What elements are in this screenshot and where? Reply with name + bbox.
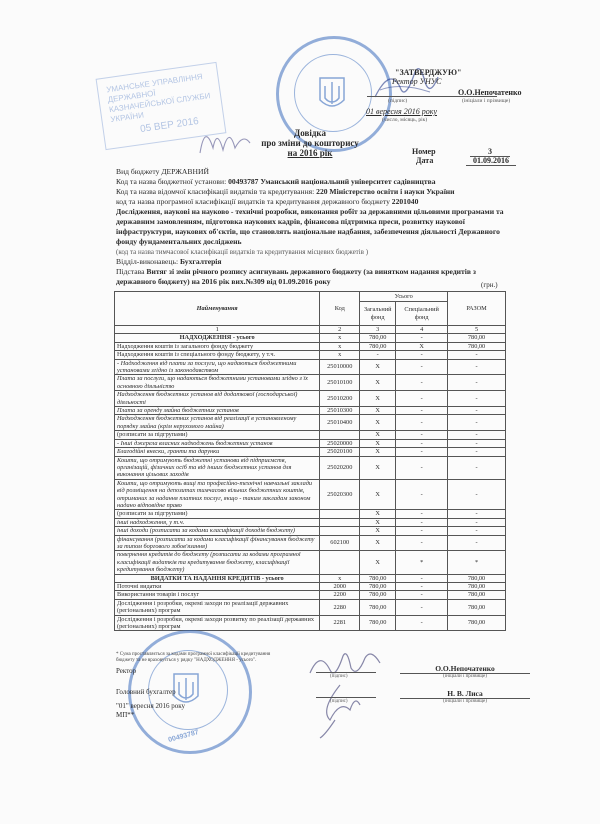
table-row: Кошти, що отримують бюджетні установи ві… [115,456,506,479]
sign-date: "01" вересня 2016 року [116,702,185,710]
row-name: Поточні видатки [115,583,320,591]
row-name: - Інші джерела власних надходжень бюджет… [115,439,320,447]
row-general-fund: Х [360,431,396,439]
row-special-fund: - [396,359,448,375]
approval-position: Ректор УНУС [392,77,441,86]
table-row: Використання товарів і послуг2200780,00-… [115,591,506,599]
title-line-3: на 2016 рік [240,148,380,158]
row-total: 780,00 [448,574,506,582]
column-number: 2 [320,326,360,334]
row-code: 2000 [320,583,360,591]
row-general-fund: Х [360,415,396,431]
row-code: 25010000 [320,359,360,375]
table-row: інші надходження, у т.ч.Х-- [115,518,506,526]
table-row: Плата за оренду майна бюджетних установ2… [115,407,506,415]
footnote: * Сума проставляється за кодами програмн… [116,652,286,664]
accountant-signature-caption: (підпис) [330,699,348,704]
row-name: Надходження бюджетних установ від реаліз… [115,415,320,431]
row-general-fund: 780,00 [360,574,396,582]
row-code: 25010300 [320,407,360,415]
table-row: (розписати за підгрупами)Х-- [115,431,506,439]
table-row: Надходження бюджетних установ від додатк… [115,391,506,407]
row-name: повернення кредитів до бюджету (розписат… [115,551,320,574]
row-total: 780,00 [448,615,506,631]
row-general-fund: Х [360,359,396,375]
table-row: - Надходження від плати за послуги, що н… [115,359,506,375]
seal-place-mark: МП** [116,711,134,719]
column-number: 3 [360,326,396,334]
header-special-fund: Спеціальний фонд [396,302,448,326]
table-body: НАДХОДЖЕННЯ - усьогох780,00-780,00Надход… [115,334,506,631]
column-number: 1 [115,326,320,334]
header-general-fund: Загальний фонд [360,302,396,326]
header-name: Найменування [115,292,320,326]
row-special-fund: - [396,615,448,631]
table-row: Надходження коштів із загального фонду б… [115,342,506,350]
row-special-fund: - [396,431,448,439]
row-total: - [448,431,506,439]
row-total: 780,00 [448,599,506,615]
accountant-name: Н. В. Лиса [400,689,530,699]
table-row: Кошти, що отримують вищі та професійно-т… [115,479,506,510]
accountant-name-caption: (ініціали і прізвище) [400,699,530,704]
number-label: Номер [412,147,436,156]
row-special-fund: - [396,351,448,359]
accountant-signature-line [316,697,376,698]
row-name: фінансування (розписати за кодами класиф… [115,535,320,551]
row-total: - [448,527,506,535]
row-code [320,510,360,518]
table-row: - Інші джерела власних надходжень бюджет… [115,439,506,447]
row-total: - [448,479,506,510]
currency-unit: (грн.) [481,281,498,289]
row-name: Надходження коштів із спеціального фонду… [115,351,320,359]
row-special-fund: - [396,574,448,582]
row-name: НАДХОДЖЕННЯ - усього [115,334,320,342]
row-code [320,527,360,535]
row-special-fund: - [396,334,448,342]
row-code [320,518,360,526]
row-general-fund: 780,00 [360,334,396,342]
table-row: (розписати за підгрупами)Х-- [115,510,506,518]
left-signature [195,118,255,158]
row-name: Використання товарів і послуг [115,591,320,599]
document-title: Довідка про зміни до кошторису на 2016 р… [240,128,380,158]
temp-classification-note: (код та назва тимчасової класифікації ви… [116,247,516,257]
row-general-fund: 780,00 [360,591,396,599]
row-total: - [448,535,506,551]
row-general-fund: Х [360,439,396,447]
trident-emblem-icon [318,76,346,112]
row-general-fund: Х [360,535,396,551]
row-total: - [448,359,506,375]
row-special-fund: * [396,551,448,574]
rector-signature-line [316,672,376,673]
row-name: інші доходи (розписати за кодами класифі… [115,527,320,535]
row-total: - [448,415,506,431]
table-row: повернення кредитів до бюджету (розписат… [115,551,506,574]
program-description: Дослідження, наукові на науково - техніч… [116,207,516,247]
row-special-fund: - [396,448,448,456]
row-total: - [448,456,506,479]
row-code: х [320,334,360,342]
row-general-fund: Х [360,527,396,535]
row-special-fund: - [396,439,448,447]
title-line-1: Довідка [240,128,380,138]
row-code: 2200 [320,591,360,599]
row-special-fund: - [396,518,448,526]
row-name: Дослідження і розробки, окремі заходи по… [115,599,320,615]
row-total: - [448,510,506,518]
row-name: інші надходження, у т.ч. [115,518,320,526]
title-line-2: про зміни до кошторису [240,138,380,148]
budget-table: Найменування Код Усього РАЗОМ Загальний … [114,291,506,631]
row-name: Дослідження і розробки, окремі заходи ро… [115,615,320,631]
row-total: 780,00 [448,334,506,342]
row-code: 25010400 [320,415,360,431]
table-row: Надходження бюджетних установ від реаліз… [115,415,506,431]
row-total: - [448,351,506,359]
row-general-fund: 780,00 [360,583,396,591]
row-name: Плата за послуги, що надаються бюджетним… [115,375,320,391]
row-general-fund: Х [360,518,396,526]
budget-type: Вид бюджету ДЕРЖАВНИЙ [116,167,516,177]
header-sum: РАЗОМ [448,292,506,326]
row-total: 780,00 [448,583,506,591]
row-name: Кошти, що отримують вищі та професійно-т… [115,479,320,510]
row-code: х [320,342,360,350]
row-general-fund: Х [360,375,396,391]
table-row: Благодійні внески, гранти та дарунки2502… [115,448,506,456]
row-total: - [448,407,506,415]
row-special-fund: - [396,583,448,591]
date-label: Дата [416,156,433,165]
row-name: (розписати за підгрупами) [115,510,320,518]
row-name: Плата за оренду майна бюджетних установ [115,407,320,415]
table-row: інші доходи (розписати за кодами класифі… [115,527,506,535]
table-row: Надходження коштів із спеціального фонду… [115,351,506,359]
row-special-fund: - [396,591,448,599]
row-general-fund: Х [360,448,396,456]
row-general-fund: 780,00 [360,599,396,615]
row-name: Благодійні внески, гранти та дарунки [115,448,320,456]
table-row: фінансування (розписати за кодами класиф… [115,535,506,551]
row-name: Надходження коштів із загального фонду б… [115,342,320,350]
row-code: 2281 [320,615,360,631]
table-row: Плата за послуги, що надаються бюджетним… [115,375,506,391]
row-general-fund: Х [360,479,396,510]
table-row: Поточні видатки2000780,00-780,00 [115,583,506,591]
row-general-fund: - [360,351,396,359]
row-special-fund: - [396,375,448,391]
basis: Підстава Витяг зі змін річного розпису а… [116,267,516,287]
row-code: 2280 [320,599,360,615]
column-numbers-row: 12345 [115,326,506,334]
column-number: 4 [396,326,448,334]
date-value: 01.09.2016 [466,156,516,166]
row-code: 602100 [320,535,360,551]
rector-signature-caption: (підпис) [330,674,348,679]
row-special-fund: - [396,510,448,518]
row-code: 25010100 [320,375,360,391]
row-code [320,551,360,574]
institution: Код та назва бюджетної установи: 0049378… [116,177,516,187]
chief-accountant-label: Головний бухгалтер [116,688,176,696]
table-row: Дослідження і розробки, окремі заходи ро… [115,615,506,631]
row-general-fund: Х [360,551,396,574]
accountant-signature [310,680,370,740]
row-code: 25020000 [320,439,360,447]
row-code: 25020100 [320,448,360,456]
row-total: - [448,375,506,391]
row-general-fund: Х [360,510,396,518]
approval-date-caption: (число, місяць, рік) [382,117,427,123]
row-total: - [448,448,506,456]
row-code: 25020200 [320,456,360,479]
row-total: * [448,551,506,574]
department-classification: Код та назва відомчої класифікації видат… [116,187,516,197]
row-general-fund: Х [360,456,396,479]
approval-name: О.О.Непочатенко [458,88,522,97]
row-name: Надходження бюджетних установ від додатк… [115,391,320,407]
row-name: (розписати за підгрупами) [115,431,320,439]
row-code: 25010200 [320,391,360,407]
approval-initials-caption: (ініціали і прізвище) [462,98,510,104]
row-name: ВИДАТКИ ТА НАДАННЯ КРЕДИТІВ - усього [115,574,320,582]
row-code [320,431,360,439]
table-row: НАДХОДЖЕННЯ - усьогох780,00-780,00 [115,334,506,342]
table-row: ВИДАТКИ ТА НАДАННЯ КРЕДИТІВ - усьогох780… [115,574,506,582]
row-total: 780,00 [448,591,506,599]
table-row: Дослідження і розробки, окремі заходи по… [115,599,506,615]
row-total: - [448,439,506,447]
approval-title: "ЗАТВЕРДЖУЮ" [395,68,461,77]
row-name: Кошти, що отримують бюджетні установи ві… [115,456,320,479]
row-code: х [320,574,360,582]
program-classification: код та назва програмної класифікації вид… [116,197,516,207]
row-code: 25020300 [320,479,360,510]
executor: Відділ-виконавець: Бухгалтерія [116,257,516,267]
row-general-fund: 780,00 [360,342,396,350]
row-special-fund: - [396,391,448,407]
row-general-fund: Х [360,391,396,407]
row-special-fund: - [396,527,448,535]
info-block: Вид бюджету ДЕРЖАВНИЙ Код та назва бюдже… [116,167,516,287]
header-total-group: Усього [360,292,448,302]
row-total: - [448,391,506,407]
row-special-fund: - [396,415,448,431]
rector-name-caption: (ініціали і прізвище) [400,674,530,679]
row-general-fund: 780,00 [360,615,396,631]
rector-name: О.О.Непочатенко [400,664,530,674]
rector-label: Ректор [116,667,136,675]
row-special-fund: - [396,535,448,551]
row-code: х [320,351,360,359]
row-special-fund: Х [396,342,448,350]
row-name: - Надходження від плати за послуги, що н… [115,359,320,375]
header-code: Код [320,292,360,326]
row-special-fund: - [396,407,448,415]
approval-date: 01 вересня 2016 року [366,107,437,116]
row-general-fund: Х [360,407,396,415]
row-total: - [448,518,506,526]
row-total: 780,00 [448,342,506,350]
row-special-fund: - [396,599,448,615]
column-number: 5 [448,326,506,334]
row-special-fund: - [396,479,448,510]
row-special-fund: - [396,456,448,479]
approval-signature-caption: (підпис) [388,98,407,104]
